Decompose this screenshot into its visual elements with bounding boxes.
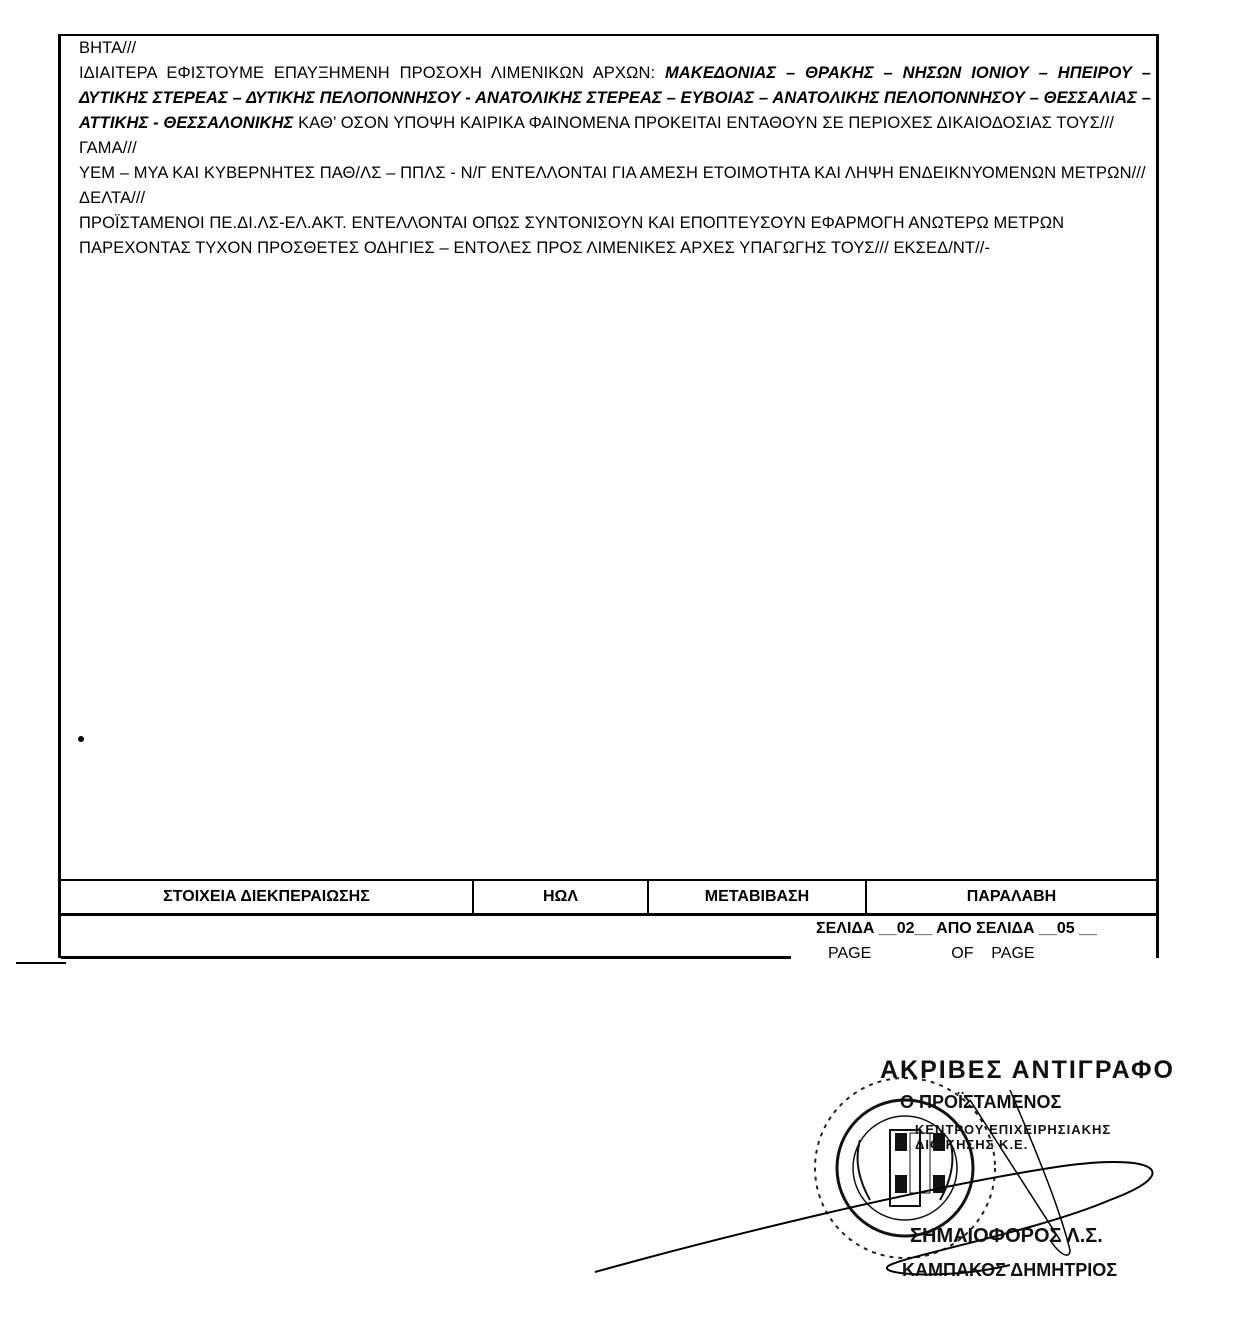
frame-bottom-border [61, 956, 791, 959]
paragraph-delta-line2: ΠΑΡΕΧΟΝΤΑΣ ΤΥΧΟΝ ΠΡΟΣΘΕΤΕΣ ΟΔΗΓΙΕΣ – ΕΝΤ… [79, 236, 1151, 261]
page-number-english: PAGE OF PAGE [816, 941, 1097, 966]
paragraph-beta-lead: ΙΔΙΑΙΤΕΡΑ ΕΦΙΣΤΟΥΜΕ ΕΠΑΥΞΗΜΕΝΗ ΠΡΟΣΟΧΗ Λ… [79, 64, 665, 82]
page-number-greek: ΣΕΛΙΔΑ __02__ ΑΠΟ ΣΕΛΙΔΑ __05 __ [816, 916, 1097, 941]
paragraph-beta: ΙΔΙΑΙΤΕΡΑ ΕΦΙΣΤΟΥΜΕ ΕΠΑΥΞΗΜΕΝΗ ΠΡΟΣΟΧΗ Λ… [79, 61, 1151, 136]
official-stamp-signature: ΑΚΡΙΒΕΣ ΑΝΤΙΓΡΑΦΟ Ο ΠΡΟΪΣΤΑΜΕΝΟΣ ΚΕΝΤΡΟΥ… [590, 1040, 1190, 1300]
footer-col-time: ΗΩΛ [474, 881, 649, 913]
paragraph-beta-tail: ΚΑΘ’ ΟΣΟΝ ΥΠΟΨΗ ΚΑΙΡΙΚΑ ΦΑΙΝΟΜΕΝΑ ΠΡΟΚΕΙ… [293, 114, 1114, 132]
paragraph-gamma: ΥΕΜ – ΜΥΑ ΚΑΙ ΚΥΒΕΡΝΗΤΕΣ ΠΑΘ/ΛΣ – ΠΠΛΣ -… [79, 161, 1151, 186]
stamp-true-copy: ΑΚΡΙΒΕΣ ΑΝΤΙΓΡΑΦΟ [880, 1056, 1175, 1085]
signatory-rank: ΣΗΜΑΙΟΦΟΡΟΣ Λ.Σ. [910, 1225, 1103, 1248]
paragraph-delta-line1: ΠΡΟΪΣΤΑΜΕΝΟΙ ΠΕ.ΔΙ.ΛΣ-ΕΛ.ΑΚΤ. ΕΝΤΕΛΛΟΝΤΑ… [79, 211, 1151, 236]
footer-col-transmission: ΜΕΤΑΒΙΒΑΣΗ [649, 881, 867, 913]
footer-col-processing: ΣΤΟΙΧΕΙΑ ΔΙΕΚΠΕΡΑΙΩΣΗΣ [61, 881, 474, 913]
section-label-delta: ΔΕΛΤΑ/// [79, 186, 1151, 211]
footer-col-receipt: ΠΑΡΑΛΑΒΗ [867, 881, 1156, 913]
stamp-department: ΚΕΝΤΡΟΥ ΕΠΙΧΕΙΡΗΣΙΑΚΗΣ ΔΙΟΙΚΗΣΗΣ Κ.Ε. [915, 1122, 1190, 1152]
footer-table-header: ΣΤΟΙΧΕΙΑ ΔΙΕΚΠΕΡΑΙΩΣΗΣ ΗΩΛ ΜΕΤΑΒΙΒΑΣΗ ΠΑ… [61, 879, 1156, 916]
document-frame: ΒΗΤΑ/// ΙΔΙΑΙΤΕΡΑ ΕΦΙΣΤΟΥΜΕ ΕΠΑΥΞΗΜΕΝΗ Π… [58, 34, 1159, 958]
section-label-beta: ΒΗΤΑ/// [79, 36, 1151, 61]
page-number: ΣΕΛΙΔΑ __02__ ΑΠΟ ΣΕΛΙΔΑ __05 __ PAGE OF… [816, 916, 1097, 966]
signatory-name: ΚΑΜΠΑΚΟΣ ΔΗΜΗΤΡΙΟΣ [902, 1260, 1117, 1281]
stamp-head-title: Ο ΠΡΟΪΣΤΑΜΕΝΟΣ [900, 1092, 1061, 1113]
scan-artifact-line [16, 962, 66, 964]
document-body: ΒΗΤΑ/// ΙΔΙΑΙΤΕΡΑ ΕΦΙΣΤΟΥΜΕ ΕΠΑΥΞΗΜΕΝΗ Π… [79, 36, 1151, 261]
section-label-gamma: ΓΑΜΑ/// [79, 136, 1151, 161]
bullet-dot [78, 736, 84, 742]
